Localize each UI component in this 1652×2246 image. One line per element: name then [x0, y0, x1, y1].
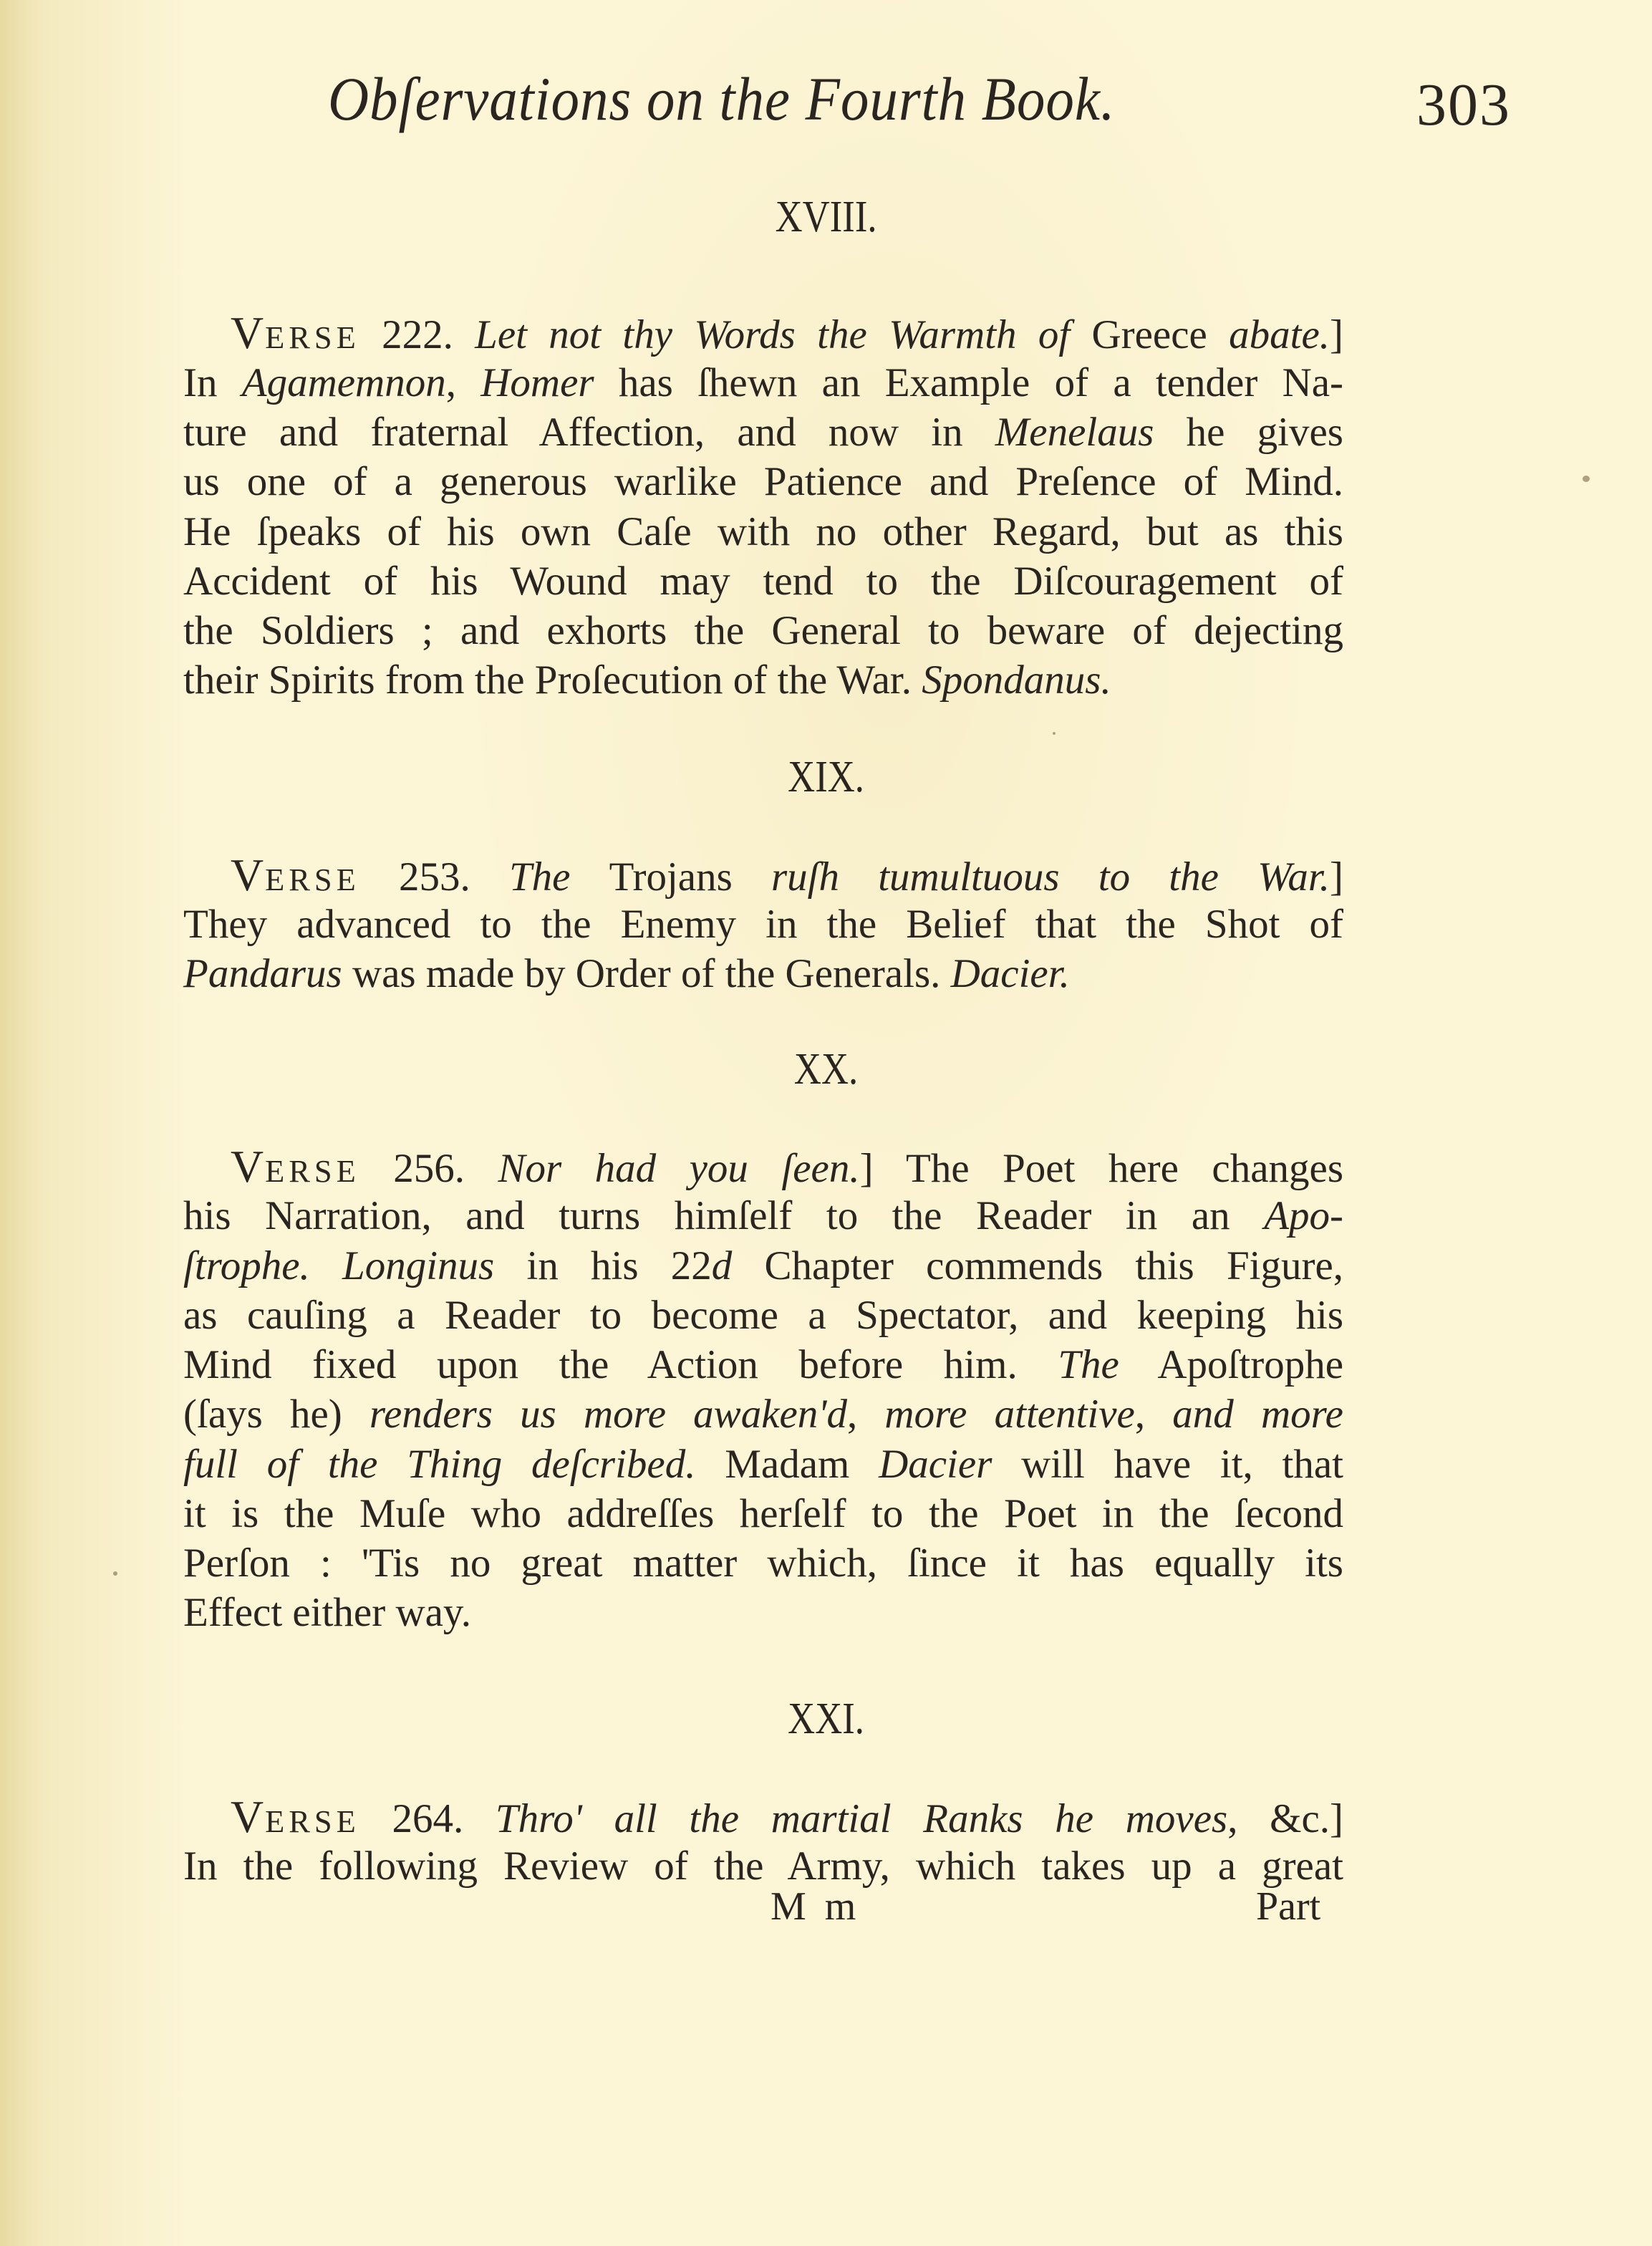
text-line: They advanced to the Enemy in the Belief… [183, 900, 1343, 950]
text-run: ] The Poet here changes [860, 1146, 1343, 1191]
text-run: has ſhewn an Example of a tender Na- [594, 360, 1343, 405]
text-run: ERSE [265, 862, 360, 897]
text-run: 253. [360, 854, 509, 900]
text-run: Apoſtrophe [1119, 1342, 1343, 1387]
text-line: VERSE 253. The Trojans ruſh tumultuous t… [231, 850, 1343, 900]
text-run: He ſpeaks of his own Caſe with no other … [183, 509, 1343, 554]
text-run: Perſon : 'Tis no great matter which, ſin… [183, 1541, 1343, 1586]
text-line: VERSE 256. Nor had you ſeen.] The Poet h… [231, 1142, 1343, 1192]
text-line: VERSE 264. Thro' all the martial Ranks h… [231, 1792, 1343, 1842]
section-number-xviii: XVIII. [124, 192, 1528, 243]
text-run: ] [1330, 312, 1343, 357]
italic-text: abate. [1229, 312, 1330, 357]
text-line: it is the Muſe who addreſſes herſelf to … [183, 1489, 1343, 1539]
italic-text: Menelaus [995, 410, 1154, 455]
text-line: the Soldiers ; and exhorts the General t… [183, 606, 1343, 656]
text-line: (ſays he) renders us more awaken'd, more… [183, 1389, 1343, 1440]
text-run: the Soldiers ; and exhorts the General t… [183, 608, 1343, 653]
text-run: V [231, 1141, 265, 1192]
paper-speck [1053, 732, 1056, 735]
text-run: Accident of his Wound may tend to the Di… [183, 559, 1343, 604]
italic-text: Spondanus. [922, 657, 1111, 703]
text-run: as cauſing a Reader to become a Spectato… [183, 1293, 1343, 1338]
text-run: was made by Order of the Generals. [342, 951, 951, 996]
text-line: In the following Review of the Army, whi… [183, 1841, 1343, 1891]
text-run: Trojans [609, 854, 771, 900]
text-run: 264. [360, 1796, 496, 1841]
italic-text: Pandarus [183, 951, 342, 996]
text-run: In the following Review of the Army, whi… [183, 1843, 1343, 1889]
text-line: as cauſing a Reader to become a Spectato… [183, 1291, 1343, 1341]
text-line: Effect either way. [183, 1588, 1343, 1638]
italic-text: renders us more awaken'd [369, 1392, 847, 1437]
text-line: full of the Thing deſcribed. Madam Dacie… [183, 1440, 1343, 1490]
text-run: , &c.] [1227, 1796, 1343, 1841]
text-run: Effect either way. [183, 1590, 471, 1635]
italic-text: The [1058, 1342, 1119, 1387]
text-line: ture and fraternal Affection, and now in… [183, 408, 1343, 458]
book-page: Obſervations on the Fourth Book. 303 XVI… [0, 0, 1652, 2246]
text-run: ture and fraternal Affection, and now in [183, 410, 995, 455]
text-line: Accident of his Wound may tend to the Di… [183, 556, 1343, 607]
italic-text: Dacier [879, 1442, 992, 1487]
section-number-xx: XX. [124, 1044, 1528, 1095]
text-run: Madam [695, 1442, 879, 1487]
text-run: ERSE [265, 1153, 360, 1189]
text-line: Perſon : 'Tis no great matter which, ſin… [183, 1538, 1343, 1589]
text-run: in his 22 [494, 1243, 712, 1288]
text-line: VERSE 222. Let not thy Words the Warmth … [231, 308, 1343, 358]
text-line: Pandarus was made by Order of the Genera… [183, 949, 1343, 999]
italic-text: Homer [480, 360, 594, 405]
italic-text: Nor had you ſeen. [498, 1146, 859, 1191]
text-line: their Spirits from the Proſecution of th… [183, 655, 1343, 705]
text-run: us one of a generous warlike Patience an… [183, 459, 1343, 504]
section-number-xix: XIX. [124, 752, 1528, 803]
text-run: In [183, 360, 242, 405]
text-run: 256. [360, 1146, 498, 1191]
text-run: his Narration, and turns himſelf to the … [183, 1193, 1264, 1238]
text-line: In Agamemnon, Homer has ſhewn an Example… [183, 358, 1343, 408]
italic-text: Let not thy Words the Warmth of [475, 312, 1091, 357]
text-run: he gives [1154, 410, 1343, 455]
signature-mark: M m [771, 1884, 860, 1929]
text-run: Mind fixed upon the Action before him. [183, 1342, 1058, 1387]
catchword: Part [1256, 1884, 1320, 1929]
italic-text: Apo- [1264, 1193, 1343, 1238]
paper-speck [113, 1571, 117, 1576]
italic-text: Thro' all the martial Ranks he moves [496, 1796, 1227, 1841]
italic-text: Dacier. [951, 951, 1070, 996]
text-run: , [847, 1392, 884, 1437]
text-run: They advanced to the Enemy in the Belief… [183, 902, 1343, 947]
text-run: will have it, that [992, 1442, 1343, 1487]
italic-text: full of the Thing deſcribed. [183, 1442, 695, 1487]
text-run: ERSE [265, 319, 360, 355]
page-number: 303 [1416, 70, 1511, 140]
italic-text: The [509, 854, 609, 900]
text-line: He ſpeaks of his own Caſe with no other … [183, 507, 1343, 557]
italic-text: and more [1172, 1392, 1343, 1437]
text-run: V [231, 307, 265, 358]
italic-text: more attentive [884, 1392, 1134, 1437]
text-run: ERSE [265, 1803, 360, 1839]
text-run: V [231, 1791, 265, 1842]
section-number-xxi: XXI. [124, 1694, 1528, 1745]
running-title: Obſervations on the Fourth Book. [328, 63, 1116, 135]
text-line: us one of a generous warlike Patience an… [183, 457, 1343, 507]
text-run: 222. [360, 312, 475, 357]
text-run: ] [1330, 854, 1343, 900]
text-run: , [446, 360, 481, 405]
text-line: Mind fixed upon the Action before him. T… [183, 1340, 1343, 1390]
text-line: ſtrophe. Longinus in his 22d Chapter com… [183, 1241, 1343, 1291]
text-run: Greece [1091, 312, 1229, 357]
text-run: Chapter commends this Figure, [732, 1243, 1343, 1288]
text-run: , [1135, 1392, 1172, 1437]
italic-text: ſtrophe. Longinus [183, 1243, 494, 1288]
text-run: (ſays he) [183, 1392, 369, 1437]
italic-text: ruſh tumultuous to the War. [771, 854, 1330, 900]
text-line: his Narration, and turns himſelf to the … [183, 1191, 1343, 1241]
text-run: V [231, 849, 265, 900]
text-run: their Spirits from the Proſecution of th… [183, 657, 922, 703]
italic-text: d [712, 1243, 733, 1288]
italic-text: Agamemnon [242, 360, 446, 405]
text-run: it is the Muſe who addreſſes herſelf to … [183, 1491, 1343, 1536]
paper-speck [1583, 476, 1590, 482]
